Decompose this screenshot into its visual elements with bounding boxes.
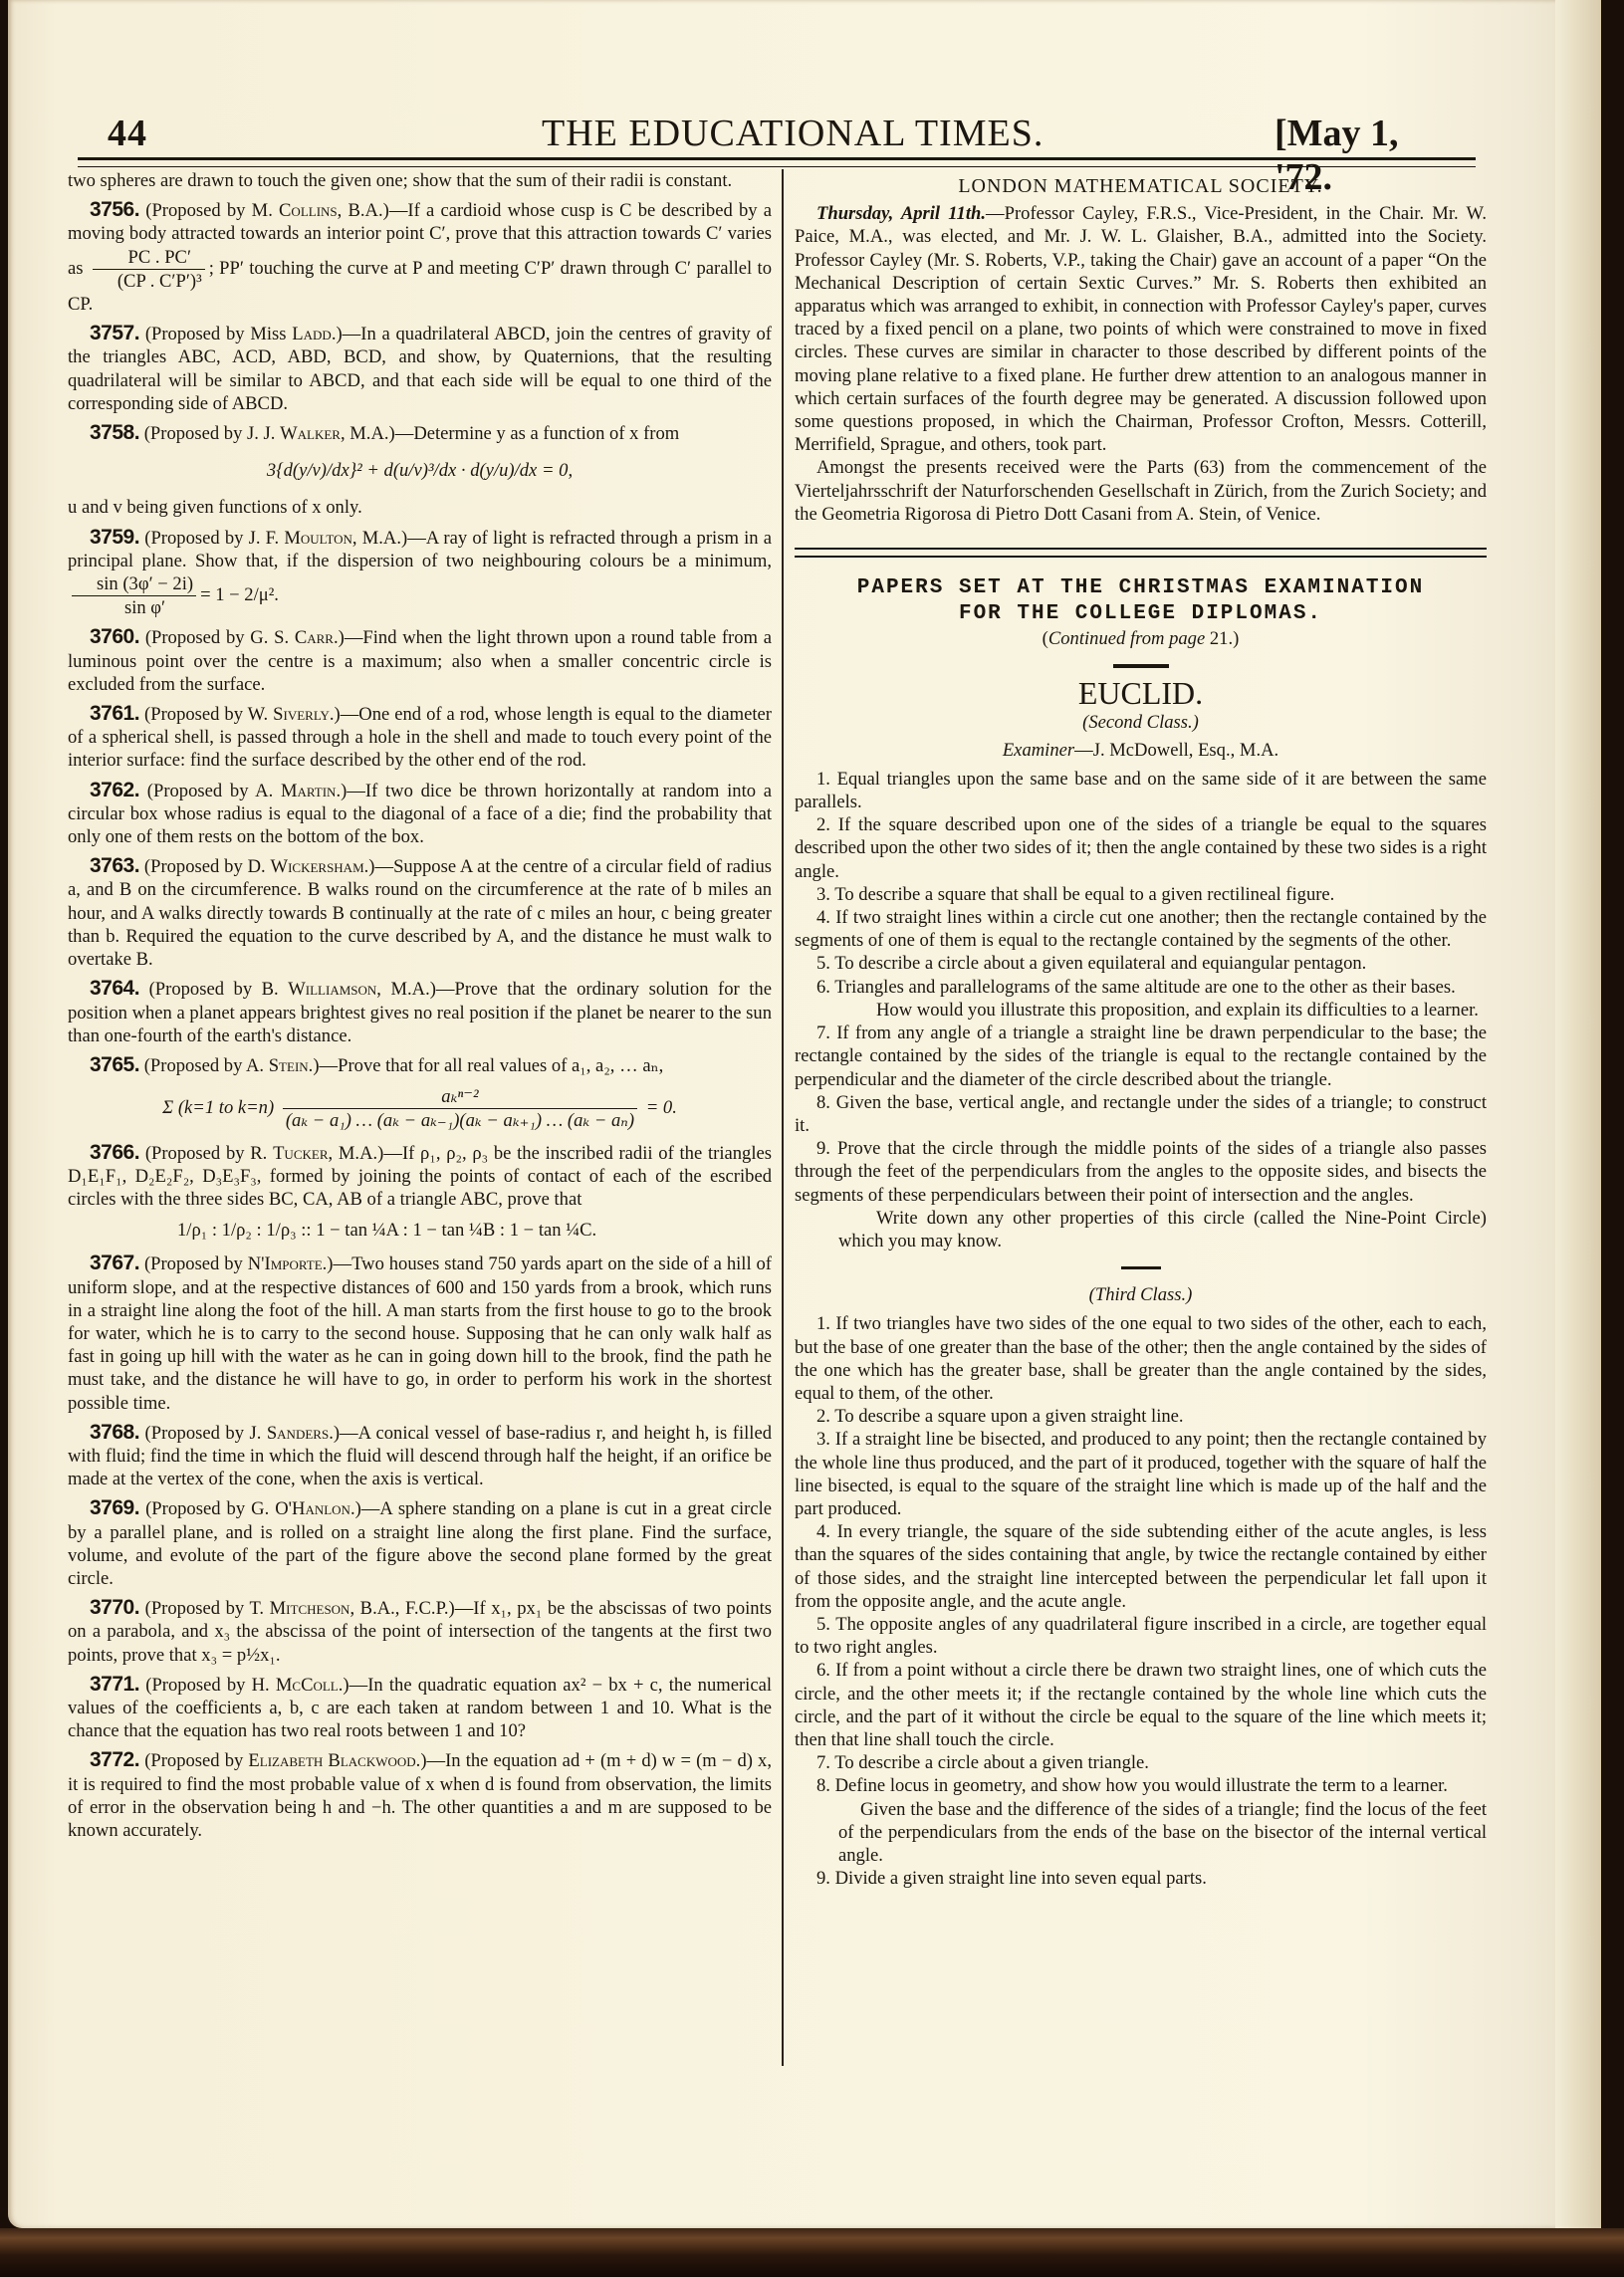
examiner-line: Examiner—J. McDowell, Esq., M.A. [795, 739, 1487, 762]
masthead-title: THE EDUCATIONAL TIMES. [542, 112, 1044, 155]
formula-3766: 1/ρ₁ : 1/ρ₂ : 1/ρ₃ :: 1 − tan ¼A : 1 − t… [68, 1219, 772, 1242]
exam-subquestion: How would you illustrate this propositio… [795, 999, 1487, 1022]
formula-note: u and v being given functions of x only. [68, 496, 772, 519]
problem-3756: 3756. (Proposed by M. Collins, B.A.)—If … [68, 198, 772, 316]
problem-3771: 3771. (Proposed by H. McColl.)—In the qu… [68, 1673, 772, 1743]
right-column: LONDON MATHEMATICAL SOCIETY. Thursday, A… [795, 169, 1487, 1890]
exam-question: 9. Divide a given straight line into sev… [795, 1867, 1487, 1890]
problem-3768: 3768. (Proposed by J. Sanders.)—A conica… [68, 1421, 772, 1491]
exam-question: 3. If a straight line be bisected, and p… [795, 1428, 1487, 1520]
papers-title-line1: PAPERS SET AT THE CHRISTMAS EXAMINATION [795, 575, 1487, 601]
proposer-name: Williamson [288, 979, 376, 1000]
book-bottom-edge [0, 2228, 1624, 2277]
exam-question: 2. If the square described upon one of t… [795, 813, 1487, 883]
newspaper-page: 44 THE EDUCATIONAL TIMES. [May 1, '72. t… [8, 0, 1601, 2228]
exam-subquestion: Given the base and the difference of the… [795, 1798, 1487, 1868]
exam-question: 8. Define locus in geometry, and show ho… [795, 1774, 1487, 1797]
subject-heading: EUCLID. [795, 682, 1487, 705]
exam-question: 6. If from a point without a circle ther… [795, 1659, 1487, 1751]
formula-3765: Σ (k=1 to k=n) aₖⁿ⁻²(aₖ − a₁) … (aₖ − aₖ… [68, 1085, 772, 1132]
page-number: 44 [108, 112, 147, 155]
continued-note: (Continued from page 21.) [795, 627, 1487, 650]
second-class-heading: (Second Class.) [795, 711, 1487, 734]
meeting-date: Thursday, April 11th. [816, 203, 986, 224]
society-title: LONDON MATHEMATICAL SOCIETY. [795, 175, 1487, 198]
exam-question: 7. If from any angle of a triangle a str… [795, 1022, 1487, 1091]
continuation-text: two spheres are drawn to touch the given… [68, 169, 772, 192]
page-header: 44 THE EDUCATIONAL TIMES. [May 1, '72. [72, 112, 1456, 151]
proposer-name: O'Hanlon [275, 1498, 350, 1519]
proposer-name: Siverly [273, 704, 330, 725]
exam-question: 3. To describe a square that shall be eq… [795, 883, 1487, 906]
problem-3760: 3760. (Proposed by G. S. Carr.)—Find whe… [68, 625, 772, 696]
proposer-name: Stein [269, 1055, 309, 1076]
problem-3757: 3757. (Proposed by Miss Ladd.)—In a quad… [68, 322, 772, 415]
exam-question: 1. If two triangles have two sides of th… [795, 1312, 1487, 1405]
problem-3767: 3767. (Proposed by N'Importe.)—Two house… [68, 1252, 772, 1414]
proposer-name: Elizabeth Blackwood [248, 1750, 415, 1771]
problem-3772: 3772. (Proposed by Elizabeth Blackwood.)… [68, 1748, 772, 1842]
proposer-name: Moulton [284, 528, 352, 549]
proposer-name: Ladd [292, 324, 332, 344]
problem-3762: 3762. (Proposed by A. Martin.)—If two di… [68, 779, 772, 849]
exam-question: 8. Given the base, vertical angle, and r… [795, 1091, 1487, 1137]
exam-question: 6. Triangles and parallelograms of the s… [795, 976, 1487, 999]
problem-3766: 3766. (Proposed by R. Tucker, M.A.)—If ρ… [68, 1141, 772, 1212]
proposer-name: Mitcheson [270, 1598, 350, 1619]
left-column: two spheres are drawn to touch the given… [68, 169, 772, 1842]
formula-fraction: sin (3φ′ − 2i)sin φ′ [72, 572, 196, 619]
proposer-name: N'Importe [248, 1253, 323, 1274]
problem-3763: 3763. (Proposed by D. Wickersham.)—Suppo… [68, 854, 772, 971]
proposer-name: Martin [281, 781, 336, 801]
formula-3758: 3{d(y/v)/dx}² + d(u/v)³/dx · d(y/u)/dx =… [68, 459, 772, 482]
problem-3761: 3761. (Proposed by W. Siverly.)—One end … [68, 702, 772, 773]
papers-title-line2: FOR THE COLLEGE DIPLOMAS. [795, 601, 1487, 627]
problem-3770: 3770. (Proposed by T. Mitcheson, B.A., F… [68, 1596, 772, 1667]
society-report: Thursday, April 11th.—Professor Cayley, … [795, 202, 1487, 456]
proposer-name: Carr [295, 627, 334, 648]
column-divider [782, 169, 784, 2066]
problem-3758: 3758. (Proposed by J. J. Walker, M.A.)—D… [68, 421, 772, 445]
exam-subquestion: Write down any other properties of this … [795, 1207, 1487, 1252]
exam-question: 5. To describe a circle about a given eq… [795, 952, 1487, 975]
section-rule [795, 548, 1487, 558]
short-rule [1113, 664, 1169, 668]
proposer-name: Wickersham [271, 856, 364, 877]
page-gutter-shadow [1555, 0, 1601, 2228]
problem-3765: 3765. (Proposed by A. Stein.)—Prove that… [68, 1053, 772, 1077]
exam-question: 7. To describe a circle about a given tr… [795, 1751, 1487, 1774]
proposer-name: Walker [280, 423, 341, 444]
short-rule [1121, 1266, 1161, 1269]
exam-question: 5. The opposite angles of any quadrilate… [795, 1613, 1487, 1659]
exam-question: 2. To describe a square upon a given str… [795, 1405, 1487, 1428]
society-presents: Amongst the presents received were the P… [795, 456, 1487, 526]
problem-3764: 3764. (Proposed by B. Williamson, M.A.)—… [68, 977, 772, 1047]
proposer-name: M. Collins [252, 200, 338, 221]
exam-question: 1. Equal triangles upon the same base an… [795, 768, 1487, 813]
exam-question: 9. Prove that the circle through the mid… [795, 1137, 1487, 1207]
header-rule [78, 157, 1476, 167]
exam-question: 4. If two straight lines within a circle… [795, 906, 1487, 952]
problem-3759: 3759. (Proposed by J. F. Moulton, M.A.)—… [68, 526, 772, 620]
formula-fraction: PC . PC′(CP . C′P′)³ [93, 246, 205, 293]
proposer-name: Sanders [267, 1423, 329, 1444]
exam-question: 4. In every triangle, the square of the … [795, 1520, 1487, 1613]
third-class-heading: (Third Class.) [795, 1283, 1487, 1306]
problem-3769: 3769. (Proposed by G. O'Hanlon.)—A spher… [68, 1496, 772, 1590]
proposer-name: Tucker [273, 1143, 328, 1164]
proposer-name: McColl [276, 1675, 339, 1696]
